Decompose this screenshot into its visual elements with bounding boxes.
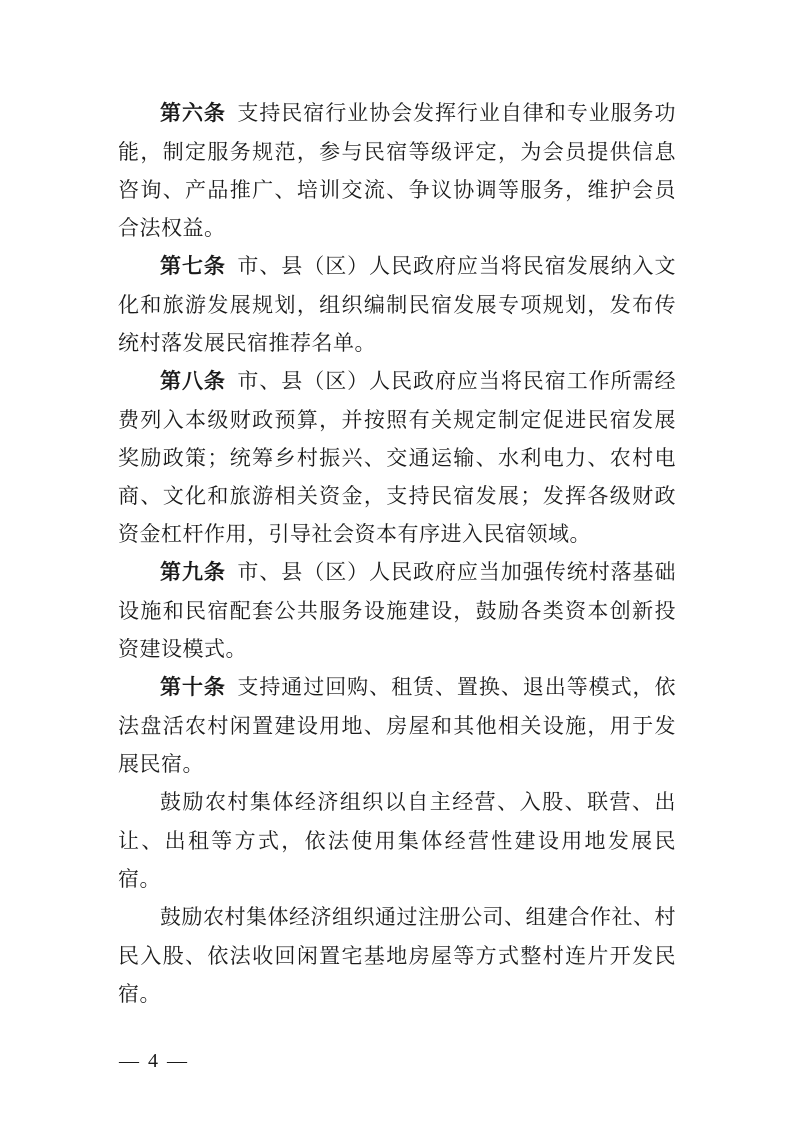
article-number: 第六条 bbox=[160, 102, 226, 125]
paragraph-article-10: 第十条支持通过回购、租赁、置换、退出等模式，依法盘活农村闲置建设用地、房屋和其他… bbox=[118, 668, 676, 783]
paragraph-text: 鼓励农村集体经济组织以自主经营、入股、联营、出让、出租等方式，依法使用集体经营性… bbox=[118, 790, 676, 891]
paragraph-text: 鼓励农村集体经济组织通过注册公司、组建合作社、村民入股、依法收回闲置宅基地房屋等… bbox=[118, 905, 676, 1006]
article-number: 第七条 bbox=[160, 255, 226, 278]
paragraph-article-9: 第九条市、县（区）人民政府应当加强传统村落基础设施和民宿配套公共服务设施建设，鼓… bbox=[118, 553, 676, 668]
paragraph-encourage-village-development: 鼓励农村集体经济组织通过注册公司、组建合作社、村民入股、依法收回闲置宅基地房屋等… bbox=[118, 898, 676, 1013]
article-number: 第十条 bbox=[160, 676, 226, 699]
document-page: 第六条支持民宿行业协会发挥行业自律和专业服务功能，制定服务规范，参与民宿等级评定… bbox=[0, 0, 793, 1122]
page-number: — 4 — bbox=[119, 1046, 189, 1076]
paragraph-text: 市、县（区）人民政府应当将民宿工作所需经费列入本级财政预算，并按照有关规定制定促… bbox=[118, 369, 676, 546]
document-body: 第六条支持民宿行业协会发挥行业自律和专业服务功能，制定服务规范，参与民宿等级评定… bbox=[118, 94, 676, 1013]
paragraph-article-6: 第六条支持民宿行业协会发挥行业自律和专业服务功能，制定服务规范，参与民宿等级评定… bbox=[118, 94, 676, 247]
paragraph-article-8: 第八条市、县（区）人民政府应当将民宿工作所需经费列入本级财政预算，并按照有关规定… bbox=[118, 362, 676, 553]
paragraph-article-7: 第七条市、县（区）人民政府应当将民宿发展纳入文化和旅游发展规划，组织编制民宿发展… bbox=[118, 247, 676, 362]
article-number: 第九条 bbox=[160, 561, 226, 584]
paragraph-encourage-collective-use: 鼓励农村集体经济组织以自主经营、入股、联营、出让、出租等方式，依法使用集体经营性… bbox=[118, 783, 676, 898]
article-number: 第八条 bbox=[160, 370, 226, 393]
